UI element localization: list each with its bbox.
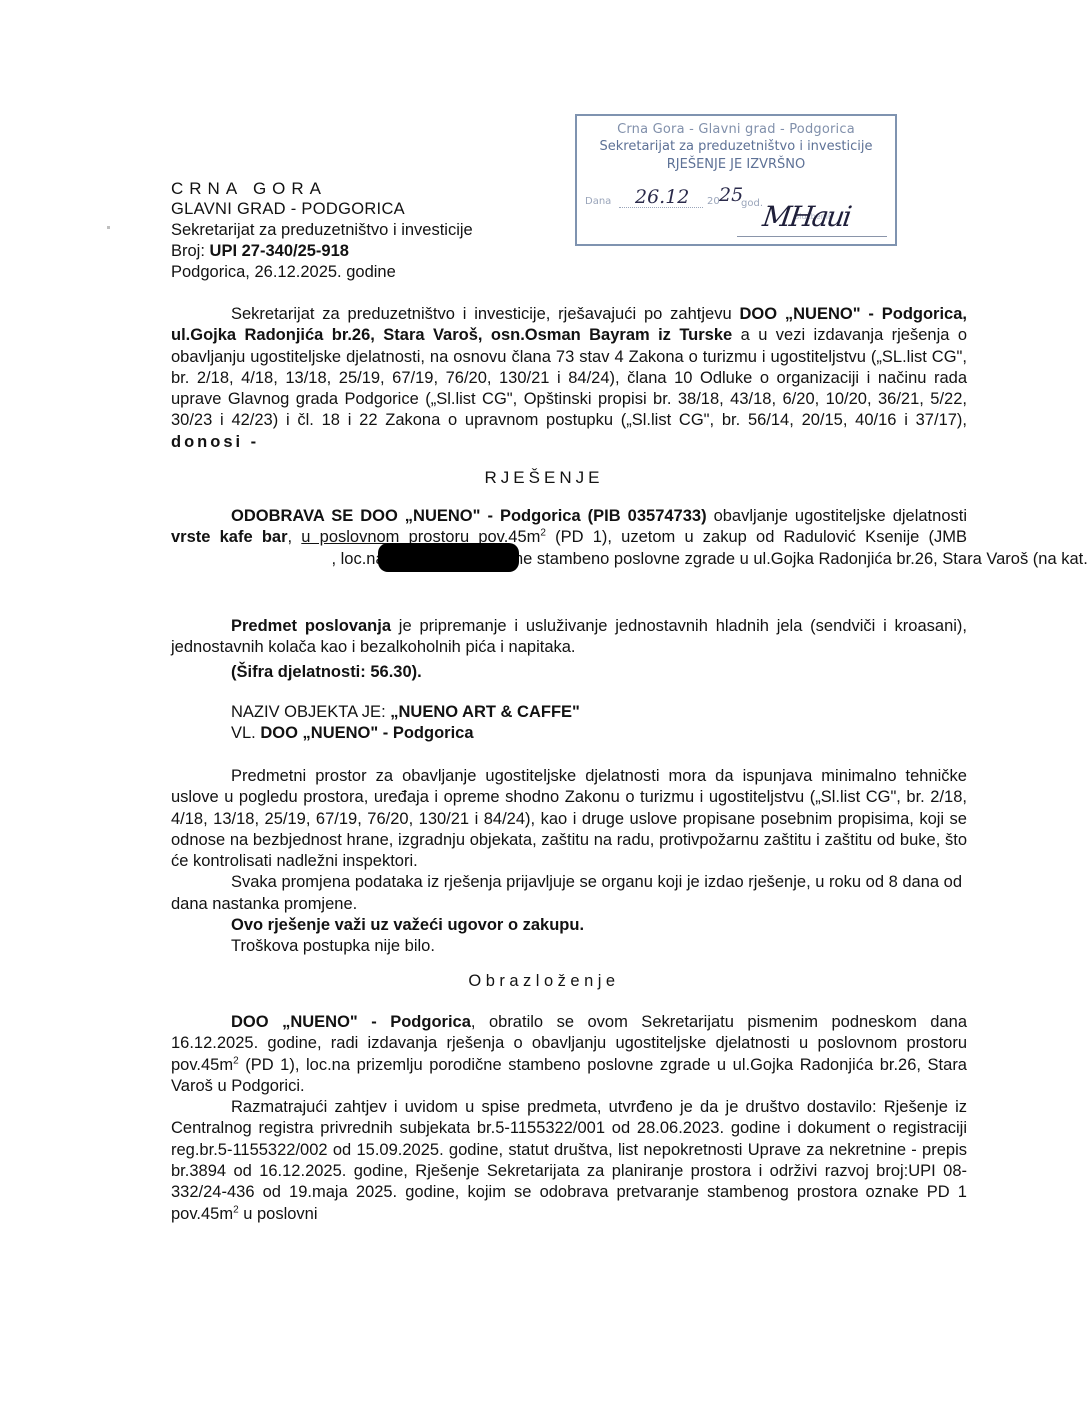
- stamp-line-authority: Crna Gora - Glavni grad - Podgorica: [577, 122, 895, 137]
- header-country: CRNA GORA: [171, 178, 473, 199]
- conditions-paragraph: Predmetni prostor za obavljanje ugostite…: [171, 766, 967, 872]
- reasoning-text-4: u poslovni: [239, 1205, 318, 1223]
- title-obrazlozenje: Obrazloženje: [0, 972, 1088, 991]
- stamp-dane-label: Dana: [585, 196, 611, 207]
- scan-speck: [107, 226, 110, 229]
- header-number-value: UPI 27-340/25-918: [210, 242, 349, 260]
- lease-validity-text: Ovo rješenje važi uz važeći ugovor o zak…: [231, 916, 584, 934]
- object-owner-label: VL.: [231, 724, 260, 742]
- header-place-date: Podgorica, 26.12.2025. godine: [171, 262, 473, 283]
- conditions-section: Predmetni prostor za obavljanje ugostite…: [171, 766, 967, 958]
- intro-donosi: donosi -: [171, 433, 259, 451]
- header-city: GLAVNI GRAD - PODGORICA: [171, 199, 473, 220]
- header-number-label: Broj:: [171, 242, 205, 260]
- costs-statement: Troškova postupka nije bilo.: [171, 936, 967, 957]
- redaction-box: [378, 543, 519, 572]
- object-label: NAZIV OBJEKTA JE:: [231, 703, 390, 721]
- decision-section: ODOBRAVA SE DOO „NUENO" - Podgorica (PIB…: [171, 506, 967, 570]
- object-name-line: NAZIV OBJEKTA JE: „NUENO ART & CAFFE": [171, 702, 967, 723]
- decision-type: vrste kafe bar: [171, 528, 288, 546]
- stamp-handwritten-year: 25: [719, 184, 743, 206]
- stamp-year-prefix: 20: [707, 196, 720, 207]
- stamp-handwritten-date: 26.12: [635, 186, 689, 208]
- stamp-signature: MHaui: [761, 200, 852, 233]
- changes-paragraph: Svaka promjena podataka iz rješenja prij…: [171, 872, 967, 915]
- reasoning-paragraph-2: Razmatrajući zahtjev i uvidom u spise pr…: [171, 1097, 967, 1225]
- activity-code-text: (Šifra djelatnosti: 56.30).: [231, 663, 422, 681]
- reasoning-paragraph-1: DOO „NUENO" - Podgorica, obratilo se ovo…: [171, 1012, 967, 1097]
- decision-approval: ODOBRAVA SE DOO „NUENO" - Podgorica (PIB…: [231, 507, 707, 525]
- intro-paragraph: Sekretarijat za preduzetništvo i investi…: [171, 304, 967, 453]
- subject-section: Predmet poslovanja je pripremanje i uslu…: [171, 616, 967, 683]
- decision-paragraph: ODOBRAVA SE DOO „NUENO" - Podgorica (PIB…: [171, 506, 967, 570]
- subject-paragraph: Predmet poslovanja je pripremanje i uslu…: [171, 616, 967, 659]
- subject-label: Predmet poslovanja: [231, 617, 391, 635]
- stamp-god-label: god.: [741, 198, 763, 209]
- stamp-signature-line: [737, 236, 887, 237]
- enforceability-stamp: Crna Gora - Glavni grad - Podgorica Sekr…: [575, 114, 897, 246]
- stamp-line-status: RJEŠENJE JE IZVRŠNO: [577, 157, 895, 172]
- stamp-line-department: Sekretarijat za preduzetništvo i investi…: [577, 139, 895, 154]
- lease-validity: Ovo rješenje važi uz važeći ugovor o zak…: [171, 915, 967, 936]
- decision-text-4: (PD 1), uzetom u zakup od Radulović Ksen…: [546, 528, 967, 546]
- decision-text-2: ,: [288, 528, 302, 546]
- title-resenje: RJEŠENJE: [0, 468, 1088, 488]
- reasoning-section: DOO „NUENO" - Podgorica, obratilo se ovo…: [171, 1012, 967, 1225]
- object-owner: DOO „NUENO" - Podgorica: [260, 724, 473, 742]
- reasoning-text-2: (PD 1), loc.na prizemlju porodične stamb…: [171, 1056, 967, 1095]
- document-header: CRNA GORA GLAVNI GRAD - PODGORICA Sekret…: [171, 178, 473, 283]
- activity-code: (Šifra djelatnosti: 56.30).: [171, 662, 967, 683]
- header-number: Broj: UPI 27-340/25-918: [171, 241, 473, 262]
- object-section: NAZIV OBJEKTA JE: „NUENO ART & CAFFE" VL…: [171, 702, 967, 745]
- object-owner-line: VL. DOO „NUENO" - Podgorica: [171, 723, 967, 744]
- document-page: Crna Gora - Glavni grad - Podgorica Sekr…: [0, 0, 1088, 1408]
- reasoning-applicant: DOO „NUENO" - Podgorica: [231, 1013, 471, 1031]
- header-department: Sekretarijat za preduzetništvo i investi…: [171, 220, 473, 241]
- intro-section: Sekretarijat za preduzetništvo i investi…: [171, 304, 967, 453]
- intro-text-1: Sekretarijat za preduzetništvo i investi…: [231, 305, 739, 323]
- object-name: „NUENO ART & CAFFE": [390, 703, 580, 721]
- decision-text-1: obavljanje ugostiteljske djelatnosti: [707, 507, 967, 525]
- decision-text-5: , loc.na prizemlju porodične stambeno po…: [171, 550, 1088, 568]
